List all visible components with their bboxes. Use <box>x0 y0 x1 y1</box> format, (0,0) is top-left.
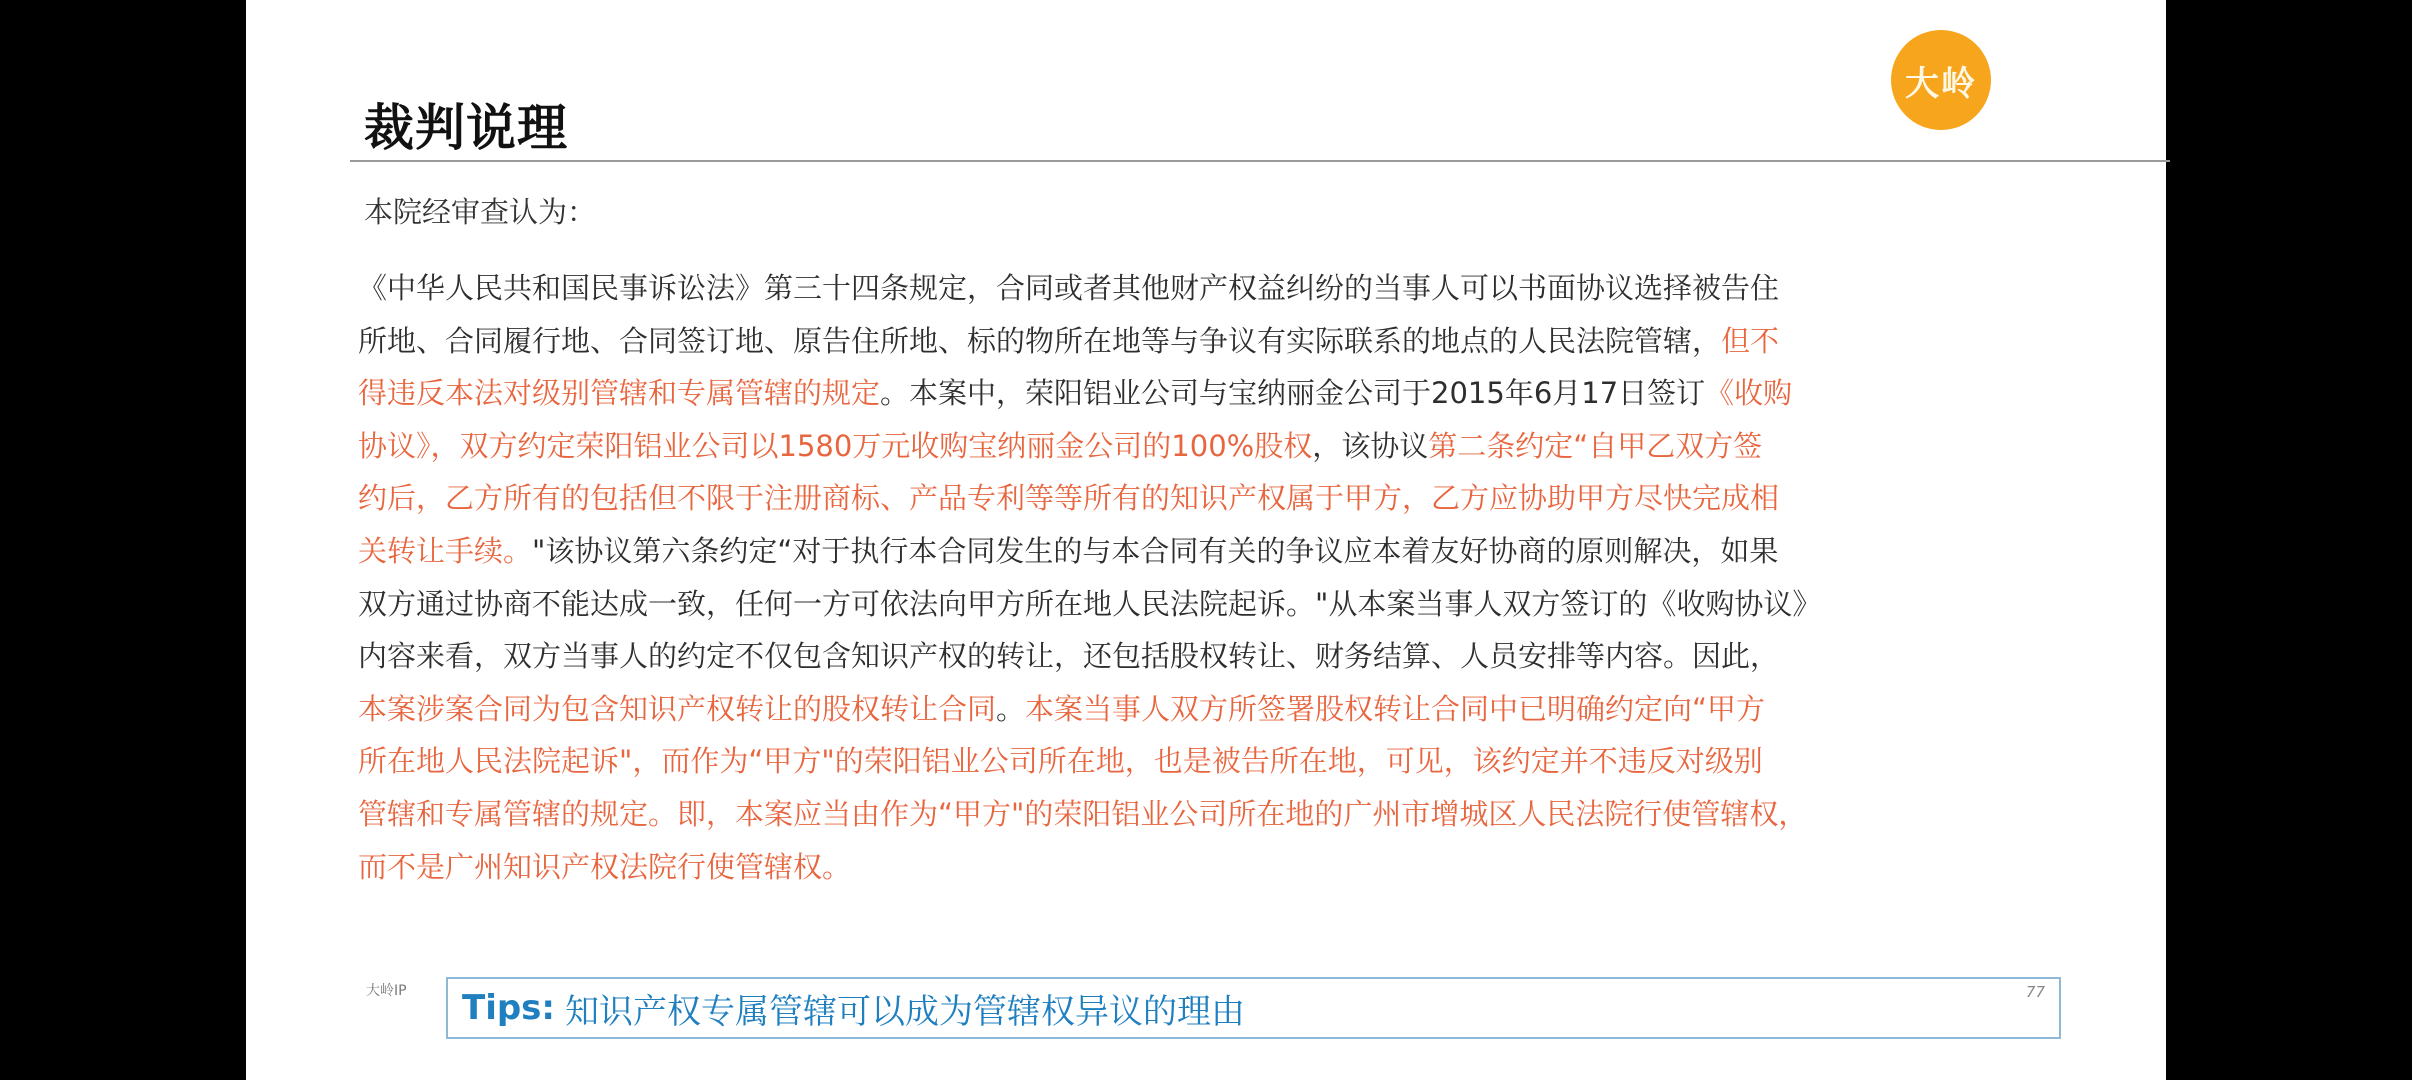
highlighted-text: 本案涉案合同为包含知识产权转让的股权转让合同 <box>358 692 996 726</box>
body-line: 本案涉案合同为包含知识产权转让的股权转让合同。本案当事人双方所签署股权转让合同中… <box>358 683 2168 736</box>
slide: 大岭 裁判说理 本院经审查认为： 《中华人民共和国民事诉讼法》第三十四条规定，合… <box>246 0 2166 1080</box>
highlighted-text: 关转让手续。 <box>358 534 532 568</box>
highlighted-text: 所在地人民法院起诉"，而作为“甲方"的荣阳铝业公司所在地，也是被告所在地，可见，… <box>358 744 1763 778</box>
body-text-run: 。 <box>996 692 1025 726</box>
logo-text: 大岭 <box>1905 56 1977 105</box>
logo-badge: 大岭 <box>1891 30 1991 130</box>
body-line: 所在地人民法院起诉"，而作为“甲方"的荣阳铝业公司所在地，也是被告所在地，可见，… <box>358 735 2168 788</box>
body-line: 得违反本法对级别管辖和专属管辖的规定。本案中，荣阳铝业公司与宝纳丽金公司于201… <box>358 367 2168 420</box>
tips-label: Tips: <box>462 988 555 1028</box>
title-divider <box>350 160 2170 162</box>
body-line: 而不是广州知识产权法院行使管辖权。 <box>358 841 2168 894</box>
body-text-run: 《中华人民共和国民事诉讼法》第三十四条规定，合同或者其他财产权益纠纷的当事人可以… <box>358 271 1779 305</box>
highlighted-text: 本案当事人双方所签署股权转让合同中已明确约定向“甲方 <box>1025 692 1765 726</box>
body-line: 关转让手续。"该协议第六条约定“对于执行本合同发生的与本合同有关的争议应本着友好… <box>358 525 2168 578</box>
body-line: 管辖和专属管辖的规定。即，本案应当由作为“甲方"的荣阳铝业公司所在地的广州市增城… <box>358 788 2168 841</box>
highlighted-text: 协议》，双方约定荣阳铝业公司以1580万元收购宝纳丽金公司的100%股权 <box>358 429 1312 463</box>
body-text-run: "该协议第六条约定“对于执行本合同发生的与本合同有关的争议应本着友好协商的原则解… <box>532 534 1778 568</box>
body-line: 协议》，双方约定荣阳铝业公司以1580万元收购宝纳丽金公司的100%股权，该协议… <box>358 420 2168 473</box>
body-line: 所地、合同履行地、合同签订地、原告住所地、标的物所在地等与争议有实际联系的地点的… <box>358 315 2168 368</box>
highlighted-text: 约后，乙方所有的包括但不限于注册商标、产品专利等等所有的知识产权属于甲方，乙方应… <box>358 481 1779 515</box>
body-paragraph: 《中华人民共和国民事诉讼法》第三十四条规定，合同或者其他财产权益纠纷的当事人可以… <box>358 262 2168 893</box>
body-text-run: 双方通过协商不能达成一致，任何一方可依法向甲方所在地人民法院起诉。"从本案当事人… <box>358 587 1821 621</box>
highlighted-text: 而不是广州知识产权法院行使管辖权。 <box>358 850 851 884</box>
body-text-run: ，该协议 <box>1312 429 1428 463</box>
body-text-run: 内容来看，双方当事人的约定不仅包含知识产权的转让，还包括股权转让、财务结算、人员… <box>358 639 1779 673</box>
highlighted-text: 得违反本法对级别管辖和专属管辖的规定 <box>358 376 880 410</box>
tips-box: Tips: 知识产权专属管辖可以成为管辖权异议的理由 77 <box>446 977 2061 1039</box>
body-line: 《中华人民共和国民事诉讼法》第三十四条规定，合同或者其他财产权益纠纷的当事人可以… <box>358 262 2168 315</box>
intro-text: 本院经审查认为： <box>364 190 596 231</box>
body-line: 约后，乙方所有的包括但不限于注册商标、产品专利等等所有的知识产权属于甲方，乙方应… <box>358 472 2168 525</box>
body-text-run: 所地、合同履行地、合同签订地、原告住所地、标的物所在地等与争议有实际联系的地点的… <box>358 324 1721 358</box>
tips-text: 知识产权专属管辖可以成为管辖权异议的理由 <box>565 984 1245 1033</box>
body-line: 双方通过协商不能达成一致，任何一方可依法向甲方所在地人民法院起诉。"从本案当事人… <box>358 578 2168 631</box>
body-text-run: 。本案中，荣阳铝业公司与宝纳丽金公司于2015年6月17日签订 <box>880 376 1705 410</box>
highlighted-text: 《收购 <box>1705 376 1792 410</box>
body-line: 内容来看，双方当事人的约定不仅包含知识产权的转让，还包括股权转让、财务结算、人员… <box>358 630 2168 683</box>
highlighted-text: 管辖和专属管辖的规定。即，本案应当由作为“甲方"的荣阳铝业公司所在地的广州市增城… <box>358 797 1807 831</box>
footer-brand: 大岭IP <box>366 980 407 1000</box>
highlighted-text: 第二条约定“自甲乙双方签 <box>1428 429 1762 463</box>
slide-title: 裁判说理 <box>364 88 568 160</box>
page-number: 77 <box>2026 983 2045 1001</box>
highlighted-text: 但不 <box>1721 324 1779 358</box>
